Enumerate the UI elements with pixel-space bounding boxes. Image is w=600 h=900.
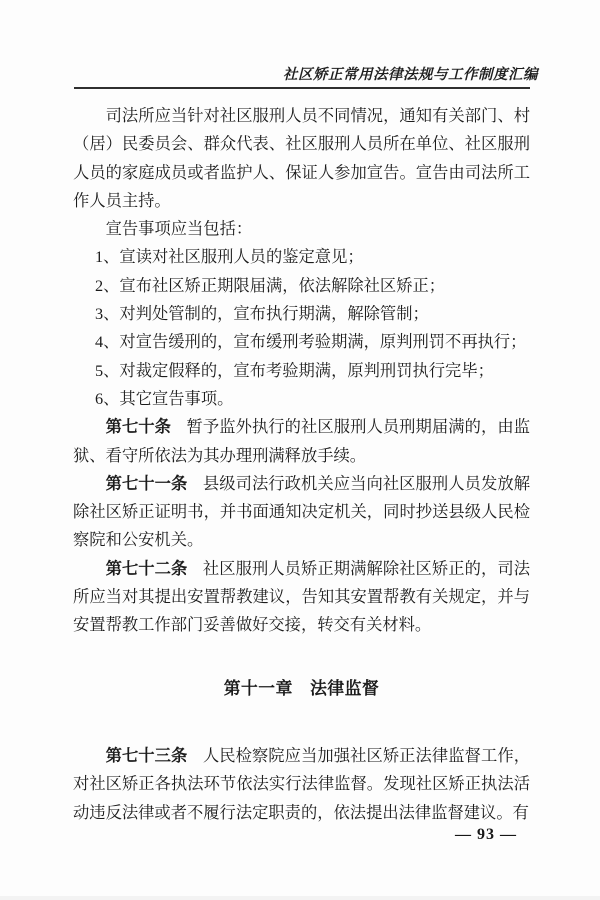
article-paragraph: 第七十一条县级司法行政机关应当向社区服刑人员发放解除社区矫正证明书，并书面通知决… [73,470,530,555]
chapter-heading: 第十一章 法律监督 [73,675,530,703]
article-number: 第七十条 [106,417,171,436]
list-item: 3、对判处管制的，宣布执行期满，解除管制； [95,300,530,328]
list-item: 5、对裁定假释的，宣布考验期满，原判刑罚执行完毕； [95,357,530,385]
article-number: 第七十三条 [106,746,188,765]
article-paragraph: 第七十条暂予监外执行的社区服刑人员刑期届满的，由监狱、看守所依法为其办理刑满释放… [73,413,530,470]
header-rule [74,87,530,89]
page-number: — 93 — [455,826,517,844]
book-page: 社区矫正常用法律法规与工作制度汇编 司法所应当针对社区服刑人员不同情况，通知有关… [0,0,600,900]
article-paragraph: 第七十二条社区服刑人员矫正期满解除社区矫正的，司法所应当对其提出安置帮教建议，告… [73,555,530,640]
list-item: 2、宣布社区矫正期限届满，依法解除社区矫正； [95,272,530,300]
list-item: 6、其它宣告事项。 [95,385,530,413]
running-head-title: 社区矫正常用法律法规与工作制度汇编 [283,63,538,84]
paragraph: 宣告事项应当包括： [73,215,530,243]
article-number: 第七十二条 [106,559,188,578]
page-body: 司法所应当针对社区服刑人员不同情况，通知有关部门、村（居）民委员会、群众代表、社… [73,102,530,827]
paragraph: 司法所应当针对社区服刑人员不同情况，通知有关部门、村（居）民委员会、群众代表、社… [73,102,530,215]
article-number: 第七十一条 [106,474,188,493]
list-item: 4、对宣告缓刑的，宣布缓刑考验期满，原判刑罚不再执行； [95,328,530,356]
page-bottom-edge [0,896,600,900]
article-paragraph: 第七十三条人民检察院应当加强社区矫正法律监督工作，对社区矫正各执法环节依法实行法… [73,742,530,827]
list-item: 1、宣读对社区服刑人员的鉴定意见； [95,243,530,271]
